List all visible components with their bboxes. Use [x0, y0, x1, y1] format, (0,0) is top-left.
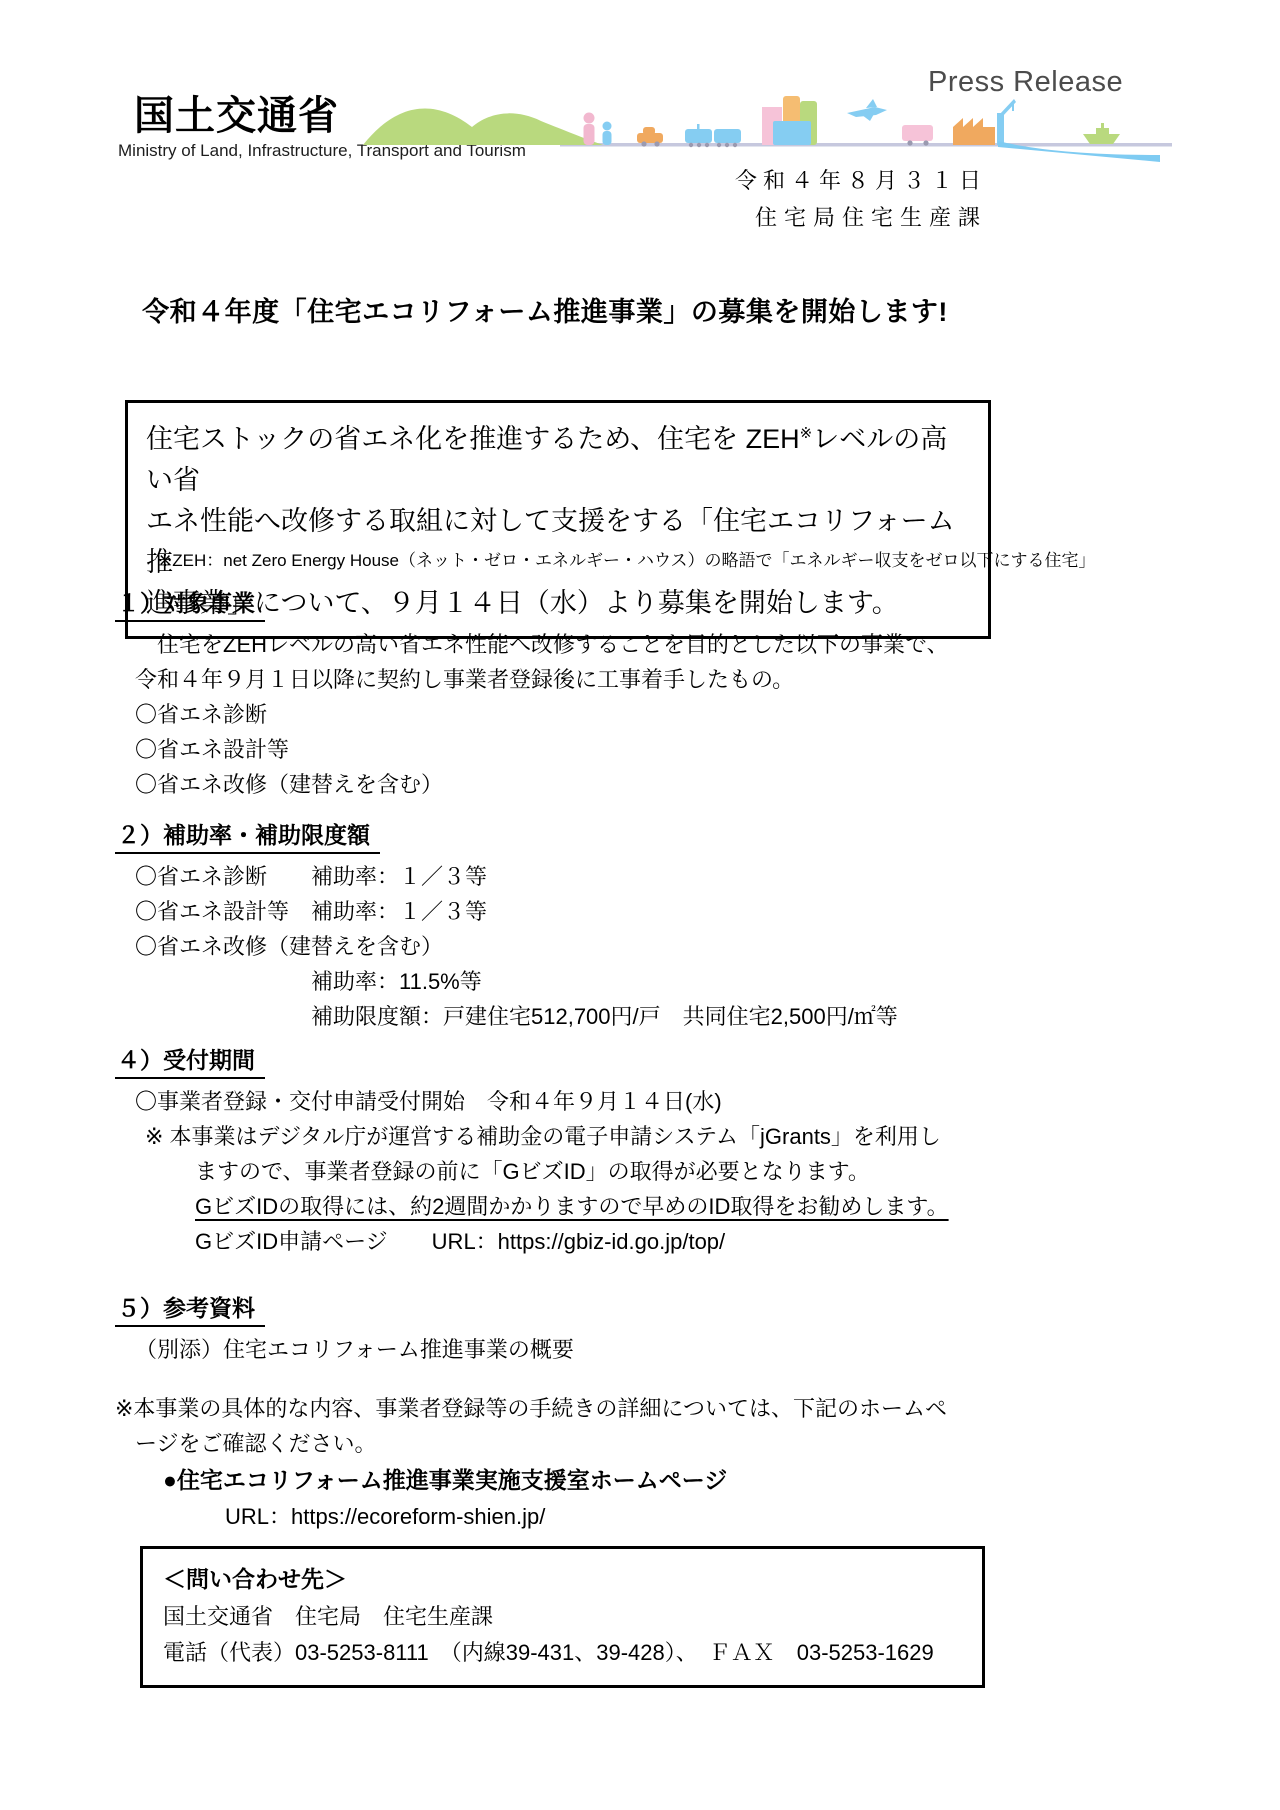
page-title: 令和４年度「住宅エコリフォーム推進事業」の募集を開始します! — [0, 290, 1090, 329]
section-subsidy-rates: ２）補助率・補助限度額 〇省エネ診断 補助率：１／３等 〇省エネ設計等 補助率：… — [115, 821, 898, 1034]
section-2-item: 〇省エネ診断 補助率：１／３等 — [135, 859, 898, 894]
section-1-item: 〇省エネ改修（建替えを含む） — [135, 767, 949, 802]
support-office-homepage-label: ●住宅エコリフォーム推進事業実施支援室ホームページ — [163, 1461, 947, 1499]
baseline-icon — [560, 143, 1172, 147]
section-2-item: 〇省エネ設計等 補助率：１／３等 — [135, 894, 898, 929]
section-4-gbizid-url: GビズID申請ページ URL：https://gbiz-id.go.jp/top… — [195, 1224, 949, 1259]
section-4-gbizid-warning: GビズIDの取得には、約2週間かかりますので早めのID取得をお勧めします。 — [195, 1189, 949, 1224]
section-4-line: ますので、事業者登録の前に「GビズID」の取得が必要となります。 — [195, 1154, 949, 1189]
zeh-reference-mark: ※ — [800, 425, 813, 442]
support-office-homepage-url: URL：https://ecoreform-shien.jp/ — [225, 1499, 947, 1535]
factory-icon — [953, 118, 995, 145]
section-4-line: 〇事業者登録・交付申請受付開始 令和４年９月１４日(水) — [135, 1084, 949, 1119]
section-5-heading: ５）参考資料 — [115, 1294, 265, 1327]
section-1-heading: １）対象事業 — [115, 589, 265, 622]
section-1-item: 〇省エネ設計等 — [135, 732, 949, 767]
section-1-line: 住宅をZEHレベルの高い省エネ性能へ改修することを目的とした以下の事業で、 — [135, 627, 949, 662]
truck-icon — [902, 125, 933, 146]
section-2-item: 〇省エネ改修（建替えを含む） — [135, 929, 898, 964]
section-2-rate-detail: 補助率：11.5%等 — [311, 964, 898, 999]
airplane-icon — [847, 99, 887, 121]
date-block: 令和４年８月３１日 住宅局住宅生産課 — [735, 162, 987, 236]
section-2-limit-detail: 補助限度額：戸建住宅512,700円/戸 共同住宅2,500円/㎡等 — [311, 999, 898, 1034]
note-line-2: ージをご確認ください。 — [135, 1426, 947, 1461]
section-1-item: 〇省エネ診断 — [135, 697, 949, 732]
hills-icon — [363, 108, 603, 145]
press-release-page: 国土交通省 Ministry of Land, Infrastructure, … — [0, 0, 1280, 1810]
buildings-icon — [762, 96, 817, 145]
department: 住宅局住宅生産課 — [735, 199, 987, 236]
person-icon — [584, 113, 612, 146]
release-date: 令和４年８月３１日 — [735, 162, 987, 199]
crane-icon — [997, 99, 1016, 145]
press-release-label: Press Release — [928, 66, 1123, 99]
contact-phone-fax: 電話（代表）03-5253-8111 （内線39-431、39-428）、 ＦＡ… — [163, 1635, 962, 1671]
contact-department: 国土交通省 住宅局 住宅生産課 — [163, 1599, 962, 1635]
summary-line-1: 住宅ストックの省エネ化を推進するため、住宅を ZEH※レベルの高い省 — [146, 413, 970, 501]
section-4-heading: ４）受付期間 — [115, 1046, 265, 1079]
homepage-note: ※本事業の具体的な内容、事業者登録等の手続きの詳細については、下記のホームペ ー… — [115, 1391, 947, 1535]
summary-line-1-text: 住宅ストックの省エネ化を推進するため、住宅を ZEH — [146, 424, 800, 454]
section-target-projects: １）対象事業 住宅をZEHレベルの高い省エネ性能へ改修することを目的とした以下の… — [115, 589, 949, 802]
section-5-line: （別添）住宅エコリフォーム推進事業の概要 — [135, 1332, 574, 1367]
section-2-heading: ２）補助率・補助限度額 — [115, 821, 380, 854]
contact-box: ＜問い合わせ先＞ 国土交通省 住宅局 住宅生産課 電話（代表）03-5253-8… — [140, 1546, 985, 1688]
contact-box-title: ＜問い合わせ先＞ — [163, 1559, 962, 1599]
ship-icon — [1083, 123, 1120, 144]
zeh-footnote: ※ZEH：net Zero Energy House（ネット・ゼロ・エネルギー・… — [158, 546, 1096, 571]
section-application-period: ４）受付期間 〇事業者登録・交付申請受付開始 令和４年９月１４日(水) ※ 本事… — [115, 1046, 949, 1259]
section-reference-materials: ５）参考資料 （別添）住宅エコリフォーム推進事業の概要 — [115, 1294, 574, 1367]
section-1-line: 令和４年９月１日以降に契約し事業者登録後に工事着手したもの。 — [135, 662, 949, 697]
note-line-1: ※本事業の具体的な内容、事業者登録等の手続きの詳細については、下記のホームペ — [115, 1391, 947, 1426]
section-4-line: ※ 本事業はデジタル庁が運営する補助金の電子申請システム「jGrants」を利用… — [145, 1119, 949, 1154]
